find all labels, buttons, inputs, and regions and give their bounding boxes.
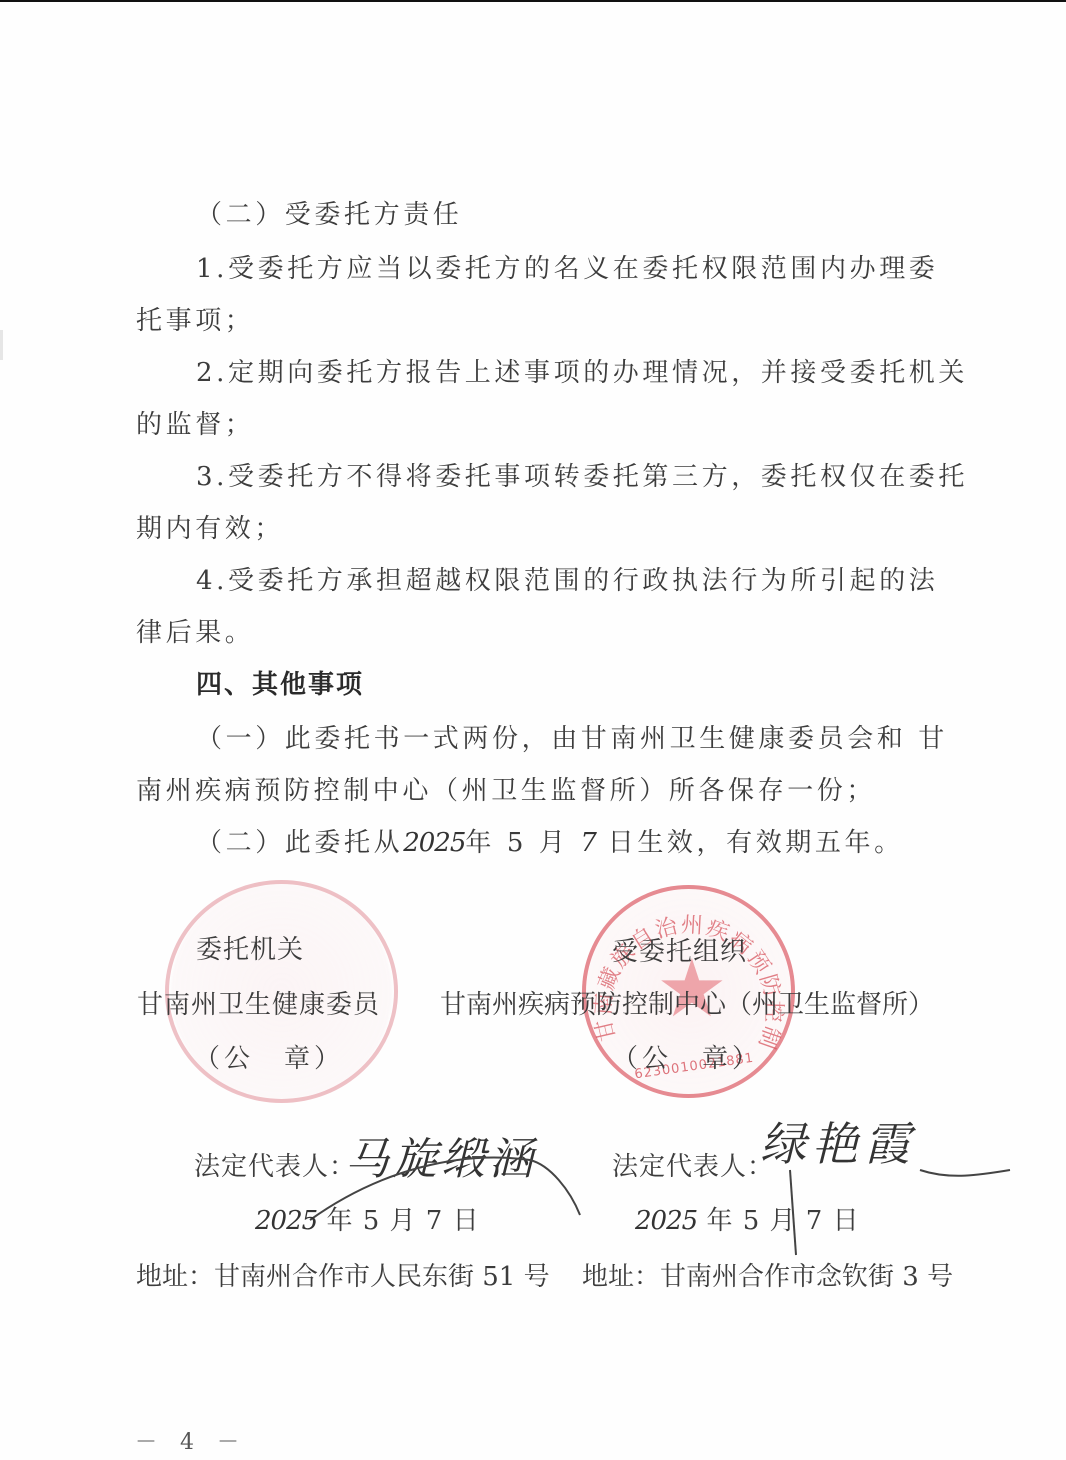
other-2-prefix: （二）此委托从	[196, 828, 403, 858]
right-rep-label: 法定代表人：	[612, 1150, 774, 1184]
item-4-line-1: 4.受委托方承担超越权限范围的行政执法行为所引起的法	[196, 564, 938, 598]
left-date-year: 2025	[255, 1206, 317, 1236]
other-2-suffix: 日生效，有效期五年。	[596, 828, 904, 858]
scan-edge-mark	[0, 330, 3, 360]
right-address: 地址：甘南州合作市念钦街 3 号	[582, 1260, 953, 1294]
right-date: 2025 年 5 月 7 日	[635, 1204, 860, 1238]
item-4-line-2: 律后果。	[136, 616, 254, 650]
top-edge-bar	[0, 0, 1066, 2]
right-date-year: 2025	[635, 1206, 697, 1236]
item-2-line-1: 2.定期向委托方报告上述事项的办理情况，并接受委托机关	[196, 356, 968, 390]
item-2-line-2: 的监督；	[136, 408, 254, 442]
right-seal-label: （公 章）	[612, 1042, 762, 1076]
other-2-line: （二）此委托从2025年 5 月 7 日生效，有效期五年。	[196, 826, 904, 860]
left-address: 地址：甘南州合作市人民东街 51 号	[136, 1260, 550, 1294]
left-role: 委托机关	[196, 933, 304, 967]
left-date: 2025 年 5 月 7 日	[255, 1204, 480, 1238]
left-seal-label: （公 章）	[194, 1042, 344, 1076]
right-org: 甘南州疾病预防控制中心（州卫生监督所）	[440, 988, 934, 1022]
section-4-heading: 四、其他事项	[196, 668, 364, 702]
item-3-line-2: 期内有效；	[136, 512, 284, 546]
other-2-mid: 年 5 月	[465, 828, 580, 858]
left-org: 甘南州卫生健康委员	[137, 988, 380, 1022]
item-3-line-1: 3.受委托方不得将委托事项转委托第三方，委托权仅在委托	[196, 460, 968, 494]
other-1-line-2: 南州疾病预防控制中心（州卫生监督所）所各保存一份；	[136, 774, 876, 808]
page-number: － 4 －	[135, 1425, 247, 1456]
other-1-line-1: （一）此委托书一式两份，由甘南州卫生健康委员会和 甘	[196, 722, 948, 756]
handwritten-year: 2025	[403, 828, 465, 858]
handwritten-day: 7	[580, 828, 596, 858]
item-1-line-1: 1.受委托方应当以委托方的名义在委托权限范围内办理委	[196, 252, 938, 286]
left-date-rest: 年 5 月 7 日	[326, 1206, 479, 1236]
right-date-rest: 年 5 月 7 日	[706, 1206, 859, 1236]
item-1-line-2: 托事项；	[136, 304, 254, 338]
section-2-heading: （二）受委托方责任	[196, 198, 462, 232]
right-role: 受委托组织	[612, 935, 747, 969]
